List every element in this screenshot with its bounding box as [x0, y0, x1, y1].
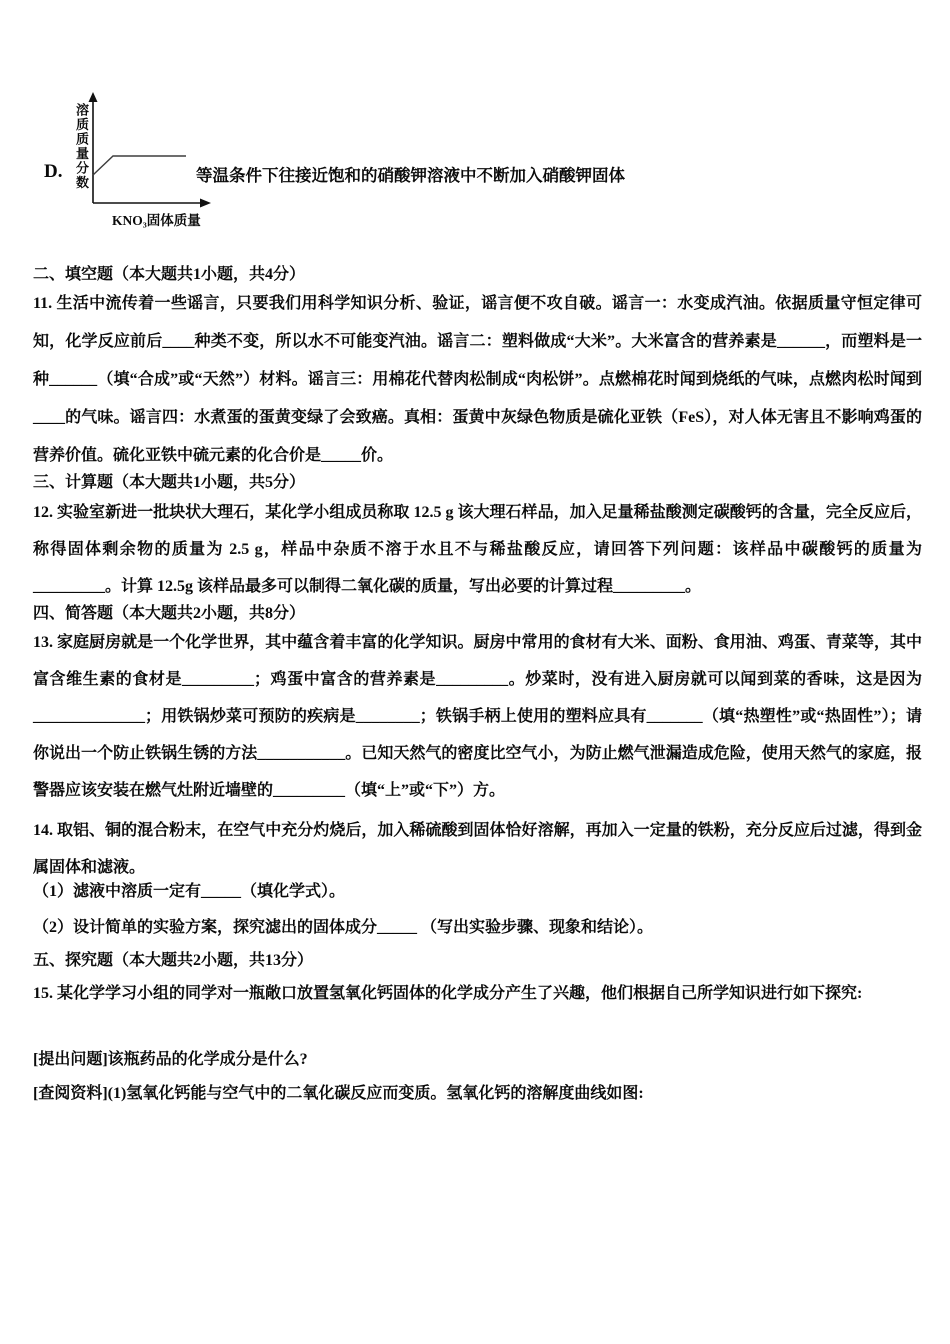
y-axis-arrow-icon — [89, 92, 98, 102]
exam-page: D. 溶质质量分数 KNO₃固体质量 等温条件下往接近饱和的硝酸钾溶液中不断加入… — [0, 0, 950, 1344]
question-15-raise-question: [提出问题]该瓶药品的化学成分是什么? — [33, 1049, 922, 1071]
question-14-part-2: （2）设计简单的实验方案，探究滤出的固体成分_____ （写出实验步骤、现象和结… — [33, 917, 922, 939]
question-15: 15. 某化学学习小组的同学对一瓶敞口放置氢氧化钙固体的化学成分产生了兴趣，他们… — [33, 974, 922, 1014]
question-14-part-1: （1）滤液中溶质一定有_____（填化学式）。 — [33, 881, 922, 903]
question-12: 12. 实验室新进一批块状大理石，某化学小组成员称取 12.5 g 该大理石样品… — [33, 494, 922, 605]
x-axis-arrow-icon — [200, 199, 211, 208]
kno3-curve — [93, 156, 186, 175]
question-14: 14. 取铝、铜的混合粉末，在空气中充分灼烧后，加入稀硫酸到固体恰好溶解，再加入… — [33, 812, 922, 886]
question-15-reference-info: [查阅资料](1)氢氧化钙能与空气中的二氧化碳反应而变质。氢氧化钙的溶解度曲线如… — [33, 1083, 922, 1105]
option-d-caption: 等温条件下往接近饱和的硝酸钾溶液中不断加入硝酸钾固体 — [196, 162, 625, 186]
section-header-calculation: 三、计算题（本大题共1小题，共5分） — [33, 470, 922, 496]
option-d-label: D. — [44, 161, 62, 183]
graph-x-axis-label: KNO₃固体质量 — [112, 209, 201, 229]
question-13: 13. 家庭厨房就是一个化学世界，其中蕴含着丰富的化学知识。厨房中常用的食材有大… — [33, 624, 922, 809]
section-header-inquiry: 五、探究题（本大题共2小题，共13分） — [33, 948, 922, 974]
graph-y-axis-label: 溶质质量分数 — [73, 103, 90, 215]
question-11: 11. 生活中流传着一些谣言，只要我们用科学知识分析、验证，谣言便不攻自破。谣言… — [33, 285, 922, 475]
kno3-solubility-graph — [70, 90, 220, 218]
